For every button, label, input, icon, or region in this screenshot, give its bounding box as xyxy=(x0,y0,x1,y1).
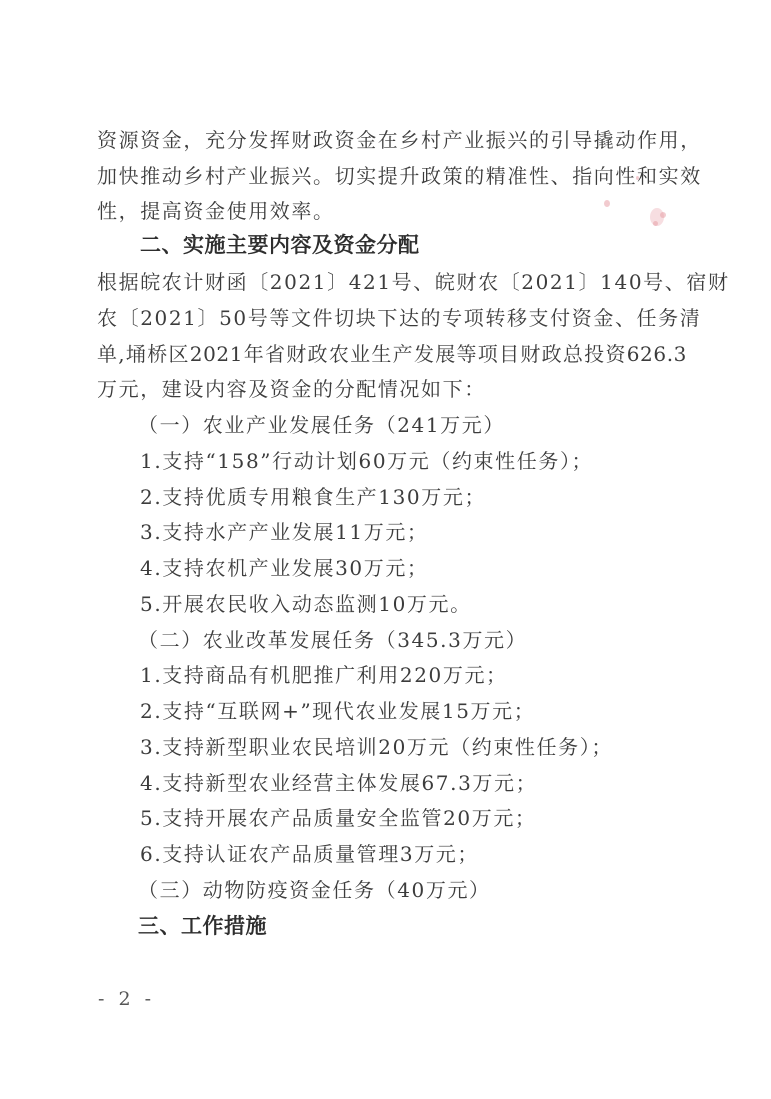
section-two-paragraph-line-1: 根据皖农计财函〔2021〕421号、皖财农〔2021〕140号、宿财 xyxy=(97,269,687,295)
section-heading-two: 二、实施主要内容及资金分配 xyxy=(140,232,420,258)
list-item: 3.支持新型职业农民培训20万元（约束性任务）； xyxy=(140,734,613,760)
subsection-title-1: （一）农业产业发展任务（241万元） xyxy=(138,412,505,438)
section-heading-three: 三、工作措施 xyxy=(138,913,267,939)
stamp-mark xyxy=(604,200,610,207)
intro-paragraph-line-3: 性，提高资金使用效率。 xyxy=(97,198,335,224)
list-item: 2.支持“互联网+”现代农业发展15万元； xyxy=(140,698,535,724)
list-item: 2.支持优质专用粮食生产130万元； xyxy=(140,484,486,510)
list-item: 4.支持新型农业经营主体发展67.3万元； xyxy=(140,770,537,796)
section-two-paragraph-line-2: 农〔2021〕50号等文件切块下达的专项转移支付资金、任务清 xyxy=(97,305,687,331)
page-number: - 2 - xyxy=(98,988,155,1010)
list-item: 5.支持开展农产品质量安全监管20万元； xyxy=(140,805,537,831)
subsection-title-3: （三）动物防疫资金任务（40万元） xyxy=(138,877,491,903)
list-item: 5.开展农民收入动态监测10万元。 xyxy=(140,591,472,617)
stamp-mark xyxy=(660,212,666,218)
intro-paragraph-line-1: 资源资金，充分发挥财政资金在乡村产业振兴的引导撬动作用， xyxy=(97,127,687,153)
section-two-paragraph-line-4: 万元，建设内容及资金的分配情况如下： xyxy=(97,376,486,402)
list-item: 3.支持水产产业发展11万元； xyxy=(140,519,429,545)
subsection-title-2: （二）农业改革发展任务（345.3万元） xyxy=(138,627,527,653)
intro-paragraph-line-2: 加快推动乡村产业振兴。切实提升政策的精准性、指向性和实效 xyxy=(97,163,687,189)
document-page: 资源资金，充分发挥财政资金在乡村产业振兴的引导撬动作用， 加快推动乡村产业振兴。… xyxy=(0,0,771,1099)
stamp-mark xyxy=(636,176,639,180)
section-two-paragraph-line-3: 单,埇桥区2021年省财政农业生产发展等项目财政总投资626.3 xyxy=(97,341,687,367)
list-item: 1.支持商品有机肥推广利用220万元； xyxy=(140,662,508,688)
stamp-mark xyxy=(653,221,658,226)
list-item: 1.支持“158”行动计划60万元（约束性任务）； xyxy=(140,448,593,474)
list-item: 6.支持认证农产品质量管理3万元； xyxy=(140,841,479,867)
list-item: 4.支持农机产业发展30万元； xyxy=(140,555,429,581)
